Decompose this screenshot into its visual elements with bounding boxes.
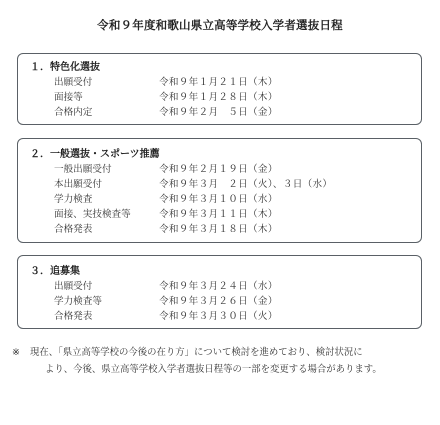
footnote-line-2: より、今後、県立高等学校入学者選抜日程等の一部を変更する場合があります。 [45, 361, 382, 378]
schedule-row: 本出願受付 令和９年３月 ２日（火）、３日（水） [18, 176, 421, 190]
row-date: 令和９年３月１０日（水） [159, 191, 278, 205]
row-label: 面接、実技検査等 [54, 206, 131, 220]
row-label: 合格内定 [54, 104, 92, 118]
schedule-row: 合格発表 令和９年３月３０日（火） [18, 308, 421, 322]
section-heading: ２．一般選抜・スポーツ推薦 [30, 145, 160, 160]
row-label: 合格発表 [54, 308, 92, 322]
row-date: 令和９年３月３０日（火） [159, 308, 278, 322]
row-date: 令和９年３月２６日（金） [159, 293, 278, 307]
schedule-row: 出願受付 令和９年３月２４日（水） [18, 278, 421, 292]
schedule-row: 合格内定 令和９年２月 ５日（金） [18, 104, 421, 118]
row-label: 合格発表 [54, 221, 92, 235]
schedule-row: 出願受付 令和９年１月２１日（木） [18, 74, 421, 88]
schedule-row: 一般出願受付 令和９年２月１９日（金） [18, 161, 421, 175]
row-label: 出願受付 [54, 278, 92, 292]
section-heading: １．特色化選抜 [30, 58, 100, 73]
section-heading: ３．追募集 [30, 262, 80, 277]
footnote-line-1: 現在、「県立高等学校の今後の在り方」について検討を進めており、検討状況に [30, 344, 363, 361]
section-box-tokushokuka: １．特色化選抜 出願受付 令和９年１月２１日（木） 面接等 令和９年１月２８日（… [17, 53, 422, 125]
row-label: 学力検査 [54, 191, 92, 205]
reference-mark-icon: ※ [12, 344, 20, 361]
schedule-row: 面接等 令和９年１月２８日（木） [18, 89, 421, 103]
row-date: 令和９年３月１８日（木） [159, 221, 278, 235]
row-date: 令和９年１月２８日（木） [159, 89, 278, 103]
row-label: 本出願受付 [54, 176, 102, 190]
row-date: 令和９年２月１９日（金） [159, 161, 278, 175]
row-date: 令和９年３月 ２日（火）、３日（水） [159, 176, 332, 190]
section-box-tsuibosyu: ３．追募集 出願受付 令和９年３月２４日（水） 学力検査等 令和９年３月２６日（… [17, 255, 422, 329]
row-label: 面接等 [54, 89, 83, 103]
row-label: 学力検査等 [54, 293, 102, 307]
row-date: 令和９年３月２４日（水） [159, 278, 278, 292]
schedule-row: 面接、実技検査等 令和９年３月１１日（木） [18, 206, 421, 220]
page-title: 令和９年度和歌山県立高等学校入学者選抜日程 [0, 17, 440, 33]
row-label: 一般出願受付 [54, 161, 112, 175]
schedule-row: 学力検査 令和９年３月１０日（水） [18, 191, 421, 205]
row-date: 令和９年２月 ５日（金） [159, 104, 278, 118]
row-date: 令和９年３月１１日（木） [159, 206, 278, 220]
row-label: 出願受付 [54, 74, 92, 88]
section-box-ippan: ２．一般選抜・スポーツ推薦 一般出願受付 令和９年２月１９日（金） 本出願受付 … [17, 138, 422, 243]
row-date: 令和９年１月２１日（木） [159, 74, 278, 88]
schedule-row: 学力検査等 令和９年３月２６日（金） [18, 293, 421, 307]
schedule-row: 合格発表 令和９年３月１８日（木） [18, 221, 421, 235]
